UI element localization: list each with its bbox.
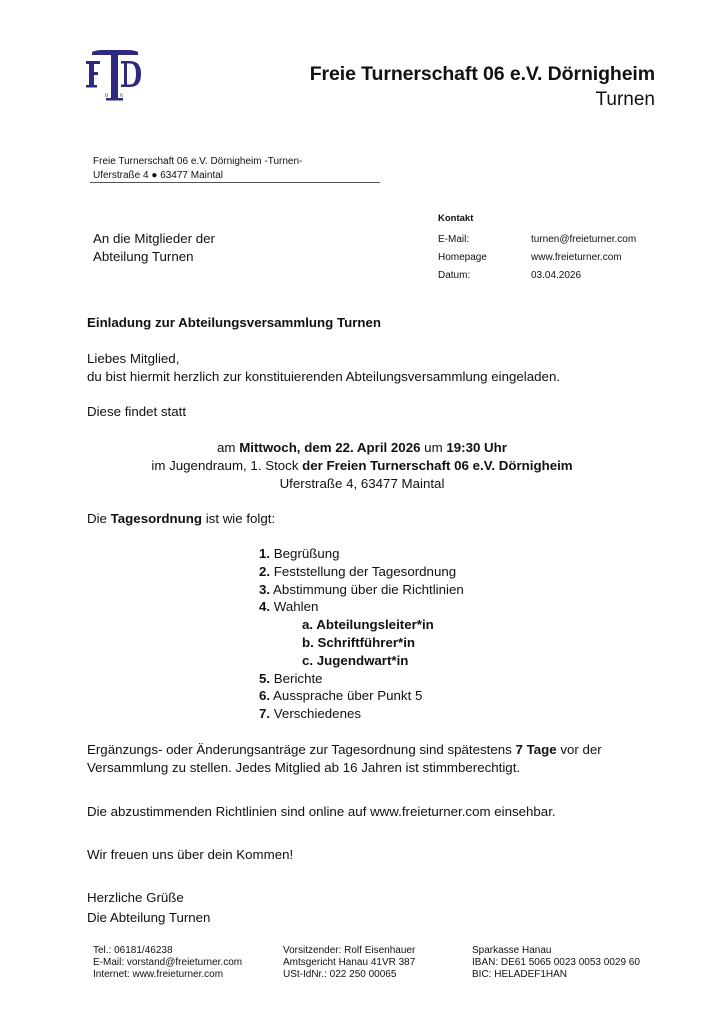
contact-row-email: E-Mail: turnen@freieturner.com — [438, 230, 636, 248]
place-intro: Diese findet statt — [87, 403, 647, 421]
agenda-item: 3. Abstimmung über die Richtlinien — [259, 581, 464, 599]
contact-heading: Kontakt — [438, 213, 636, 230]
contact-homepage-link[interactable]: www.freieturner.com — [531, 252, 622, 263]
regards: Herzliche Grüße — [87, 889, 647, 907]
sender-address: Freie Turnerschaft 06 e.V. Dörnigheim -T… — [93, 155, 302, 183]
closing-line: Wir freuen uns über dein Kommen! — [87, 846, 647, 864]
event-location-line: im Jugendraum, 1. Stock der Freien Turne… — [87, 457, 637, 475]
sender-line1: Freie Turnerschaft 06 e.V. Dörnigheim -T… — [93, 155, 302, 169]
salutation: Liebes Mitglied, — [87, 350, 647, 368]
recipient-address: An die Mitglieder der Abteilung Turnen — [93, 230, 215, 266]
election-item: c. Jugendwart*in — [259, 652, 464, 670]
deadline-paragraph: Ergänzungs- oder Änderungsanträge zur Ta… — [87, 741, 632, 777]
guidelines-note: Die abzustimmenden Richtlinien sind onli… — [87, 803, 647, 821]
bullet-icon: ● — [151, 170, 157, 181]
event-date-line: am Mittwoch, dem 22. April 2026 um 19:30… — [87, 439, 637, 457]
election-item: a. Abteilungsleiter*in — [259, 616, 464, 634]
agenda-item: 5. Berichte — [259, 670, 464, 688]
agenda-intro: Die Tagesordnung ist wie folgt: — [87, 510, 647, 528]
recipient-line2: Abteilung Turnen — [93, 248, 215, 266]
contact-row-homepage: Homepage www.freieturner.com — [438, 248, 636, 266]
recipient-line1: An die Mitglieder der — [93, 230, 215, 248]
intro-text: du bist hiermit herzlich zur konstituier… — [87, 368, 647, 386]
svg-text:0: 0 — [105, 93, 108, 99]
footer-bank: Sparkasse Hanau IBAN: DE61 5065 0023 005… — [472, 945, 640, 982]
event-address-line: Uferstraße 4, 63477 Maintal — [87, 475, 637, 493]
signature: Die Abteilung Turnen — [87, 909, 647, 927]
agenda-item: 1. Begrüßung — [259, 545, 464, 563]
letter-date: 03.04.2026 — [531, 270, 581, 281]
agenda-item: 2. Feststellung der Tagesordnung — [259, 563, 464, 581]
agenda-item: 4. Wahlen — [259, 598, 464, 616]
department-name: Turnen — [596, 89, 656, 111]
ftd-logo-icon: 0 6 — [86, 50, 142, 102]
org-name: Freie Turnerschaft 06 e.V. Dörnigheim — [310, 63, 655, 86]
sender-divider — [90, 182, 380, 183]
contact-email-link[interactable]: turnen@freieturner.com — [531, 234, 636, 245]
svg-text:6: 6 — [120, 93, 123, 99]
footer-contact: Tel.: 06181/46238 E-Mail: vorstand@freie… — [93, 945, 242, 982]
club-logo: 0 6 — [86, 50, 142, 102]
contact-row-date: Datum: 03.04.2026 — [438, 266, 636, 284]
agenda-item: 6. Aussprache über Punkt 5 — [259, 687, 464, 705]
agenda-item: 7. Verschiedenes — [259, 705, 464, 723]
footer-legal: Vorsitzender: Rolf Eisenhauer Amtsgerich… — [283, 945, 415, 982]
letter-subject: Einladung zur Abteilungsversammlung Turn… — [87, 314, 647, 332]
election-item: b. Schriftführer*in — [259, 634, 464, 652]
contact-block: Kontakt E-Mail: turnen@freieturner.com H… — [438, 213, 636, 284]
sender-line2: Uferstraße 4 ● 63477 Maintal — [93, 169, 302, 183]
event-details: am Mittwoch, dem 22. April 2026 um 19:30… — [87, 439, 637, 493]
agenda-list: 1. Begrüßung 2. Feststellung der Tagesor… — [259, 545, 464, 723]
